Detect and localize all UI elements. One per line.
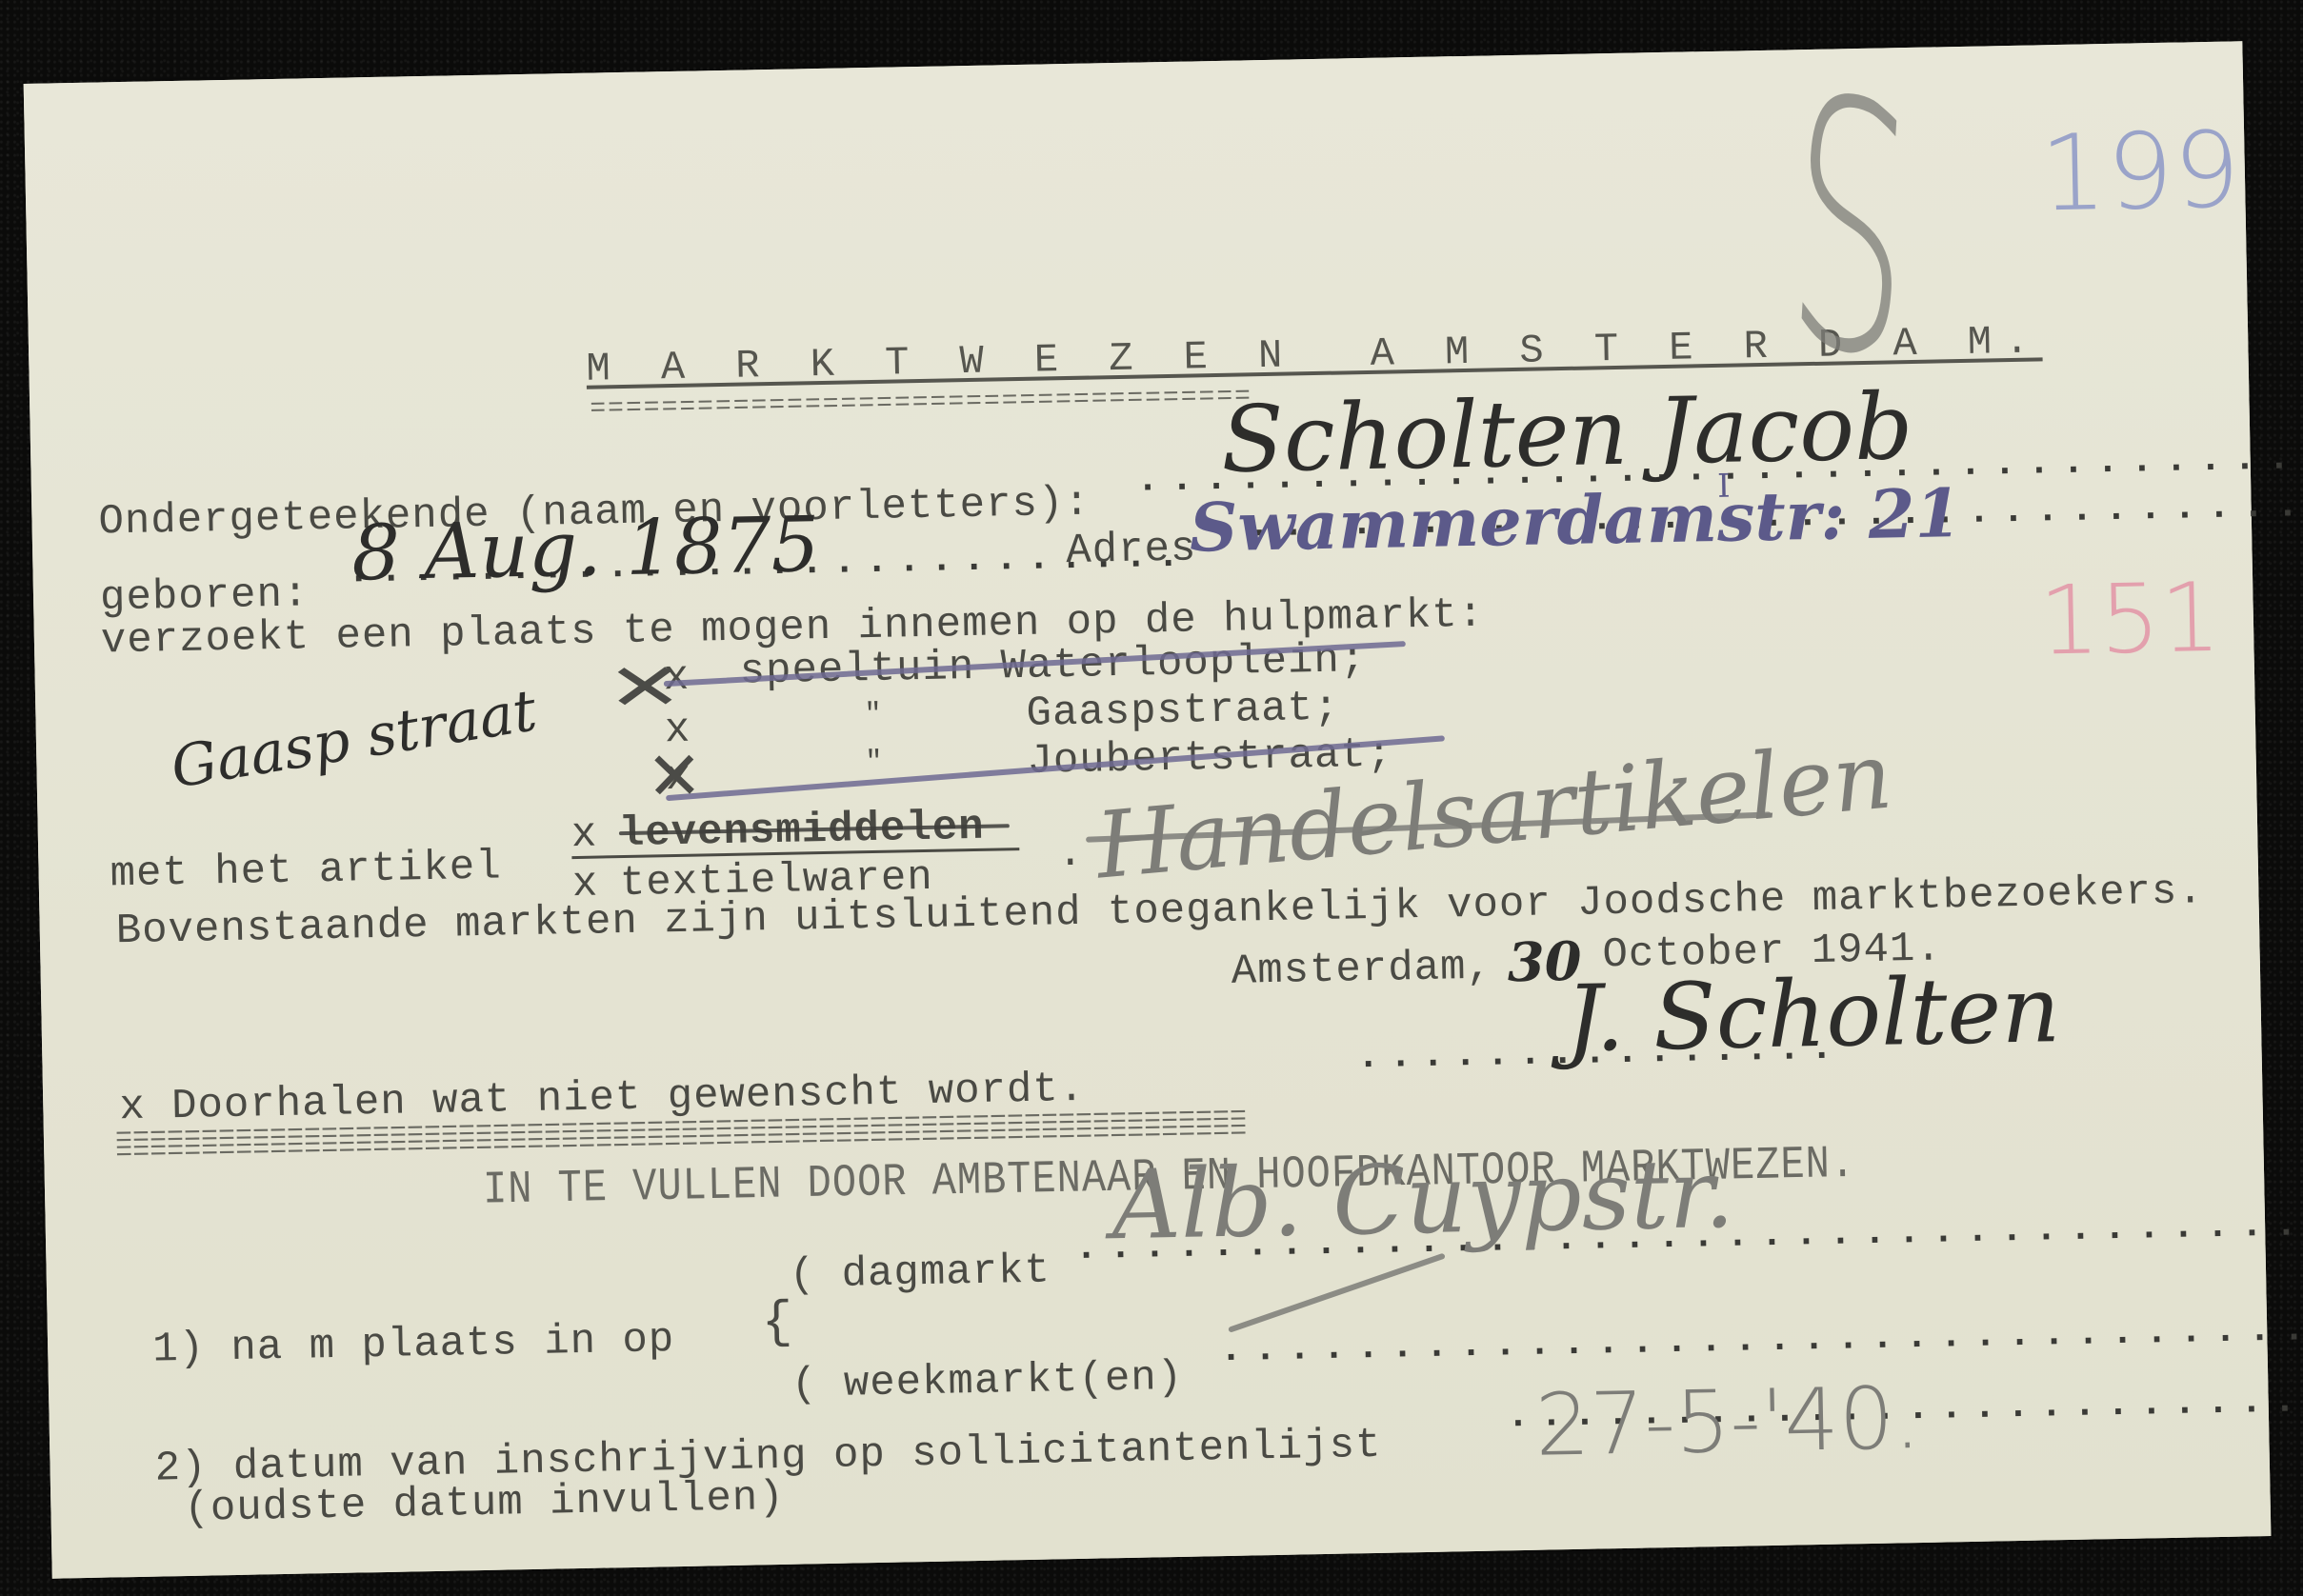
form-card: M A R K T W E Z E N A M S T E R D A M. =…: [24, 41, 2272, 1578]
day-market-label: ( dagmarkt: [789, 1250, 1051, 1297]
name-value[interactable]: Scholten Jacob: [1220, 381, 1913, 486]
day-market-value[interactable]: Alb. Cuypstr.: [1111, 1147, 1735, 1254]
born-value[interactable]: 8 Aug. 1875: [350, 507, 820, 591]
registration-date[interactable]: 27-5-'40.: [1534, 1376, 1921, 1469]
born-label: geboren:: [100, 573, 310, 619]
address-value[interactable]: Swammerdamstr: 21: [1189, 480, 1962, 562]
market-3-cross-icon: ✕: [646, 742, 703, 809]
signature: J. Scholten: [1565, 964, 2061, 1065]
week-market-dot-leader: ......................................: [1219, 1307, 2303, 1370]
market-2-ditto: ": [864, 701, 883, 729]
market-margin-note: Gaasp straat: [168, 682, 541, 796]
market-2-label: Gaaspstraat;: [1026, 688, 1340, 735]
pencil-s-mark: S: [1780, 46, 1919, 413]
article-period: .: [1057, 833, 1084, 876]
article-label: met het artikel: [110, 847, 502, 896]
address-floor-suffix: I: [1717, 470, 1731, 503]
place-prefix: Amsterdam,: [1231, 947, 1492, 993]
item2-sub: (oudste datum invullen): [184, 1477, 785, 1530]
article-1-marker[interactable]: x: [571, 814, 598, 857]
archive-number-blue: 199: [2039, 117, 2241, 226]
item1-label: 1) na m plaats in op: [152, 1319, 675, 1371]
market-3-ditto: ": [865, 748, 884, 777]
week-market-label: ( weekmarkt(en): [791, 1357, 1184, 1406]
address-label: Adres: [1066, 528, 1197, 572]
brace-middle: {: [761, 1298, 792, 1350]
archive-number-red: 151: [2038, 570, 2222, 669]
